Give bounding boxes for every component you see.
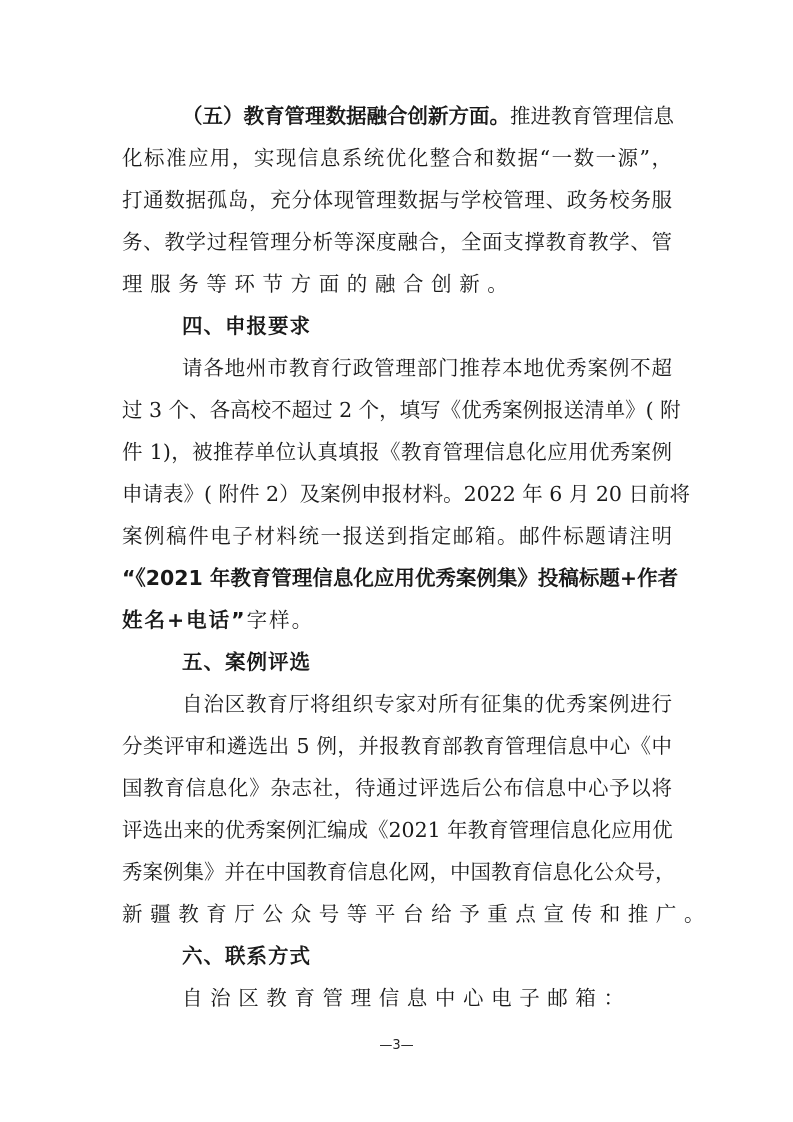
section5-line-2: 化标准应用，实现信息系统优化整合和数据“一数一源”， <box>122 138 672 178</box>
requirements-line-2: 过 3 个、各高校不超过 2 个，填写《优秀案例报送清单》( 附 <box>122 390 672 430</box>
section5-intro: 推进教育管理信息 <box>510 104 674 128</box>
requirements-email-subject-end: 姓名+电话” <box>122 608 247 632</box>
page-number: —3— <box>0 1038 793 1053</box>
section5-line-5: 理服务等环节方面的融合创新。 <box>122 264 515 304</box>
requirements-suffix: 字样。 <box>247 608 315 632</box>
heading-selection: 五、案例评选 <box>182 642 311 682</box>
selection-line-3: 国教育信息化》杂志社，待通过评选后公布信息中心予以将 <box>122 768 672 808</box>
requirements-email-subject: “《2021 年教育管理信息化应用优秀案例集》投稿标题+作者 <box>122 558 672 598</box>
selection-line-2: 分类评审和遴选出 5 例，并报教育部教育管理信息中心《中 <box>122 726 672 766</box>
section5-line-1: （五）教育管理数据融合创新方面。推进教育管理信息 <box>182 96 672 136</box>
section5-line-4: 务、教学过程管理分析等深度融合，全面支撑教育教学、管 <box>122 222 672 262</box>
heading-requirements: 四、申报要求 <box>182 306 311 346</box>
requirements-line-1: 请各地州市教育行政管理部门推荐本地优秀案例不超 <box>182 348 672 388</box>
heading-contact: 六、联系方式 <box>182 936 311 976</box>
section5-heading: （五）教育管理数据融合创新方面。 <box>182 104 510 128</box>
selection-line-5: 秀案例集》并在中国教育信息化网，中国教育信息化公众号， <box>122 852 672 892</box>
requirements-line-7: 姓名+电话”字样。 <box>122 600 314 640</box>
requirements-line-3: 件 1)，被推荐单位认真填报《教育管理信息化应用优秀案例 <box>122 432 672 472</box>
contact-email-label: 自治区教育管理信息中心电子邮箱： <box>182 978 632 1018</box>
requirements-line-5: 案例稿件电子材料统一报送到指定邮箱。邮件标题请注明 <box>122 516 672 556</box>
selection-line-1: 自治区教育厅将组织专家对所有征集的优秀案例进行 <box>182 684 672 724</box>
selection-line-6: 新疆教育厅公众号等平台给予重点宣传和推广。 <box>122 894 712 934</box>
section5-line-3: 打通数据孤岛，充分体现管理数据与学校管理、政务校务服 <box>122 180 672 220</box>
selection-line-4: 评选出来的优秀案例汇编成《2021 年教育管理信息化应用优 <box>122 810 672 850</box>
requirements-line-4: 申请表》( 附件 2）及案例申报材料。2022 年 6 月 20 日前将 <box>122 474 672 514</box>
